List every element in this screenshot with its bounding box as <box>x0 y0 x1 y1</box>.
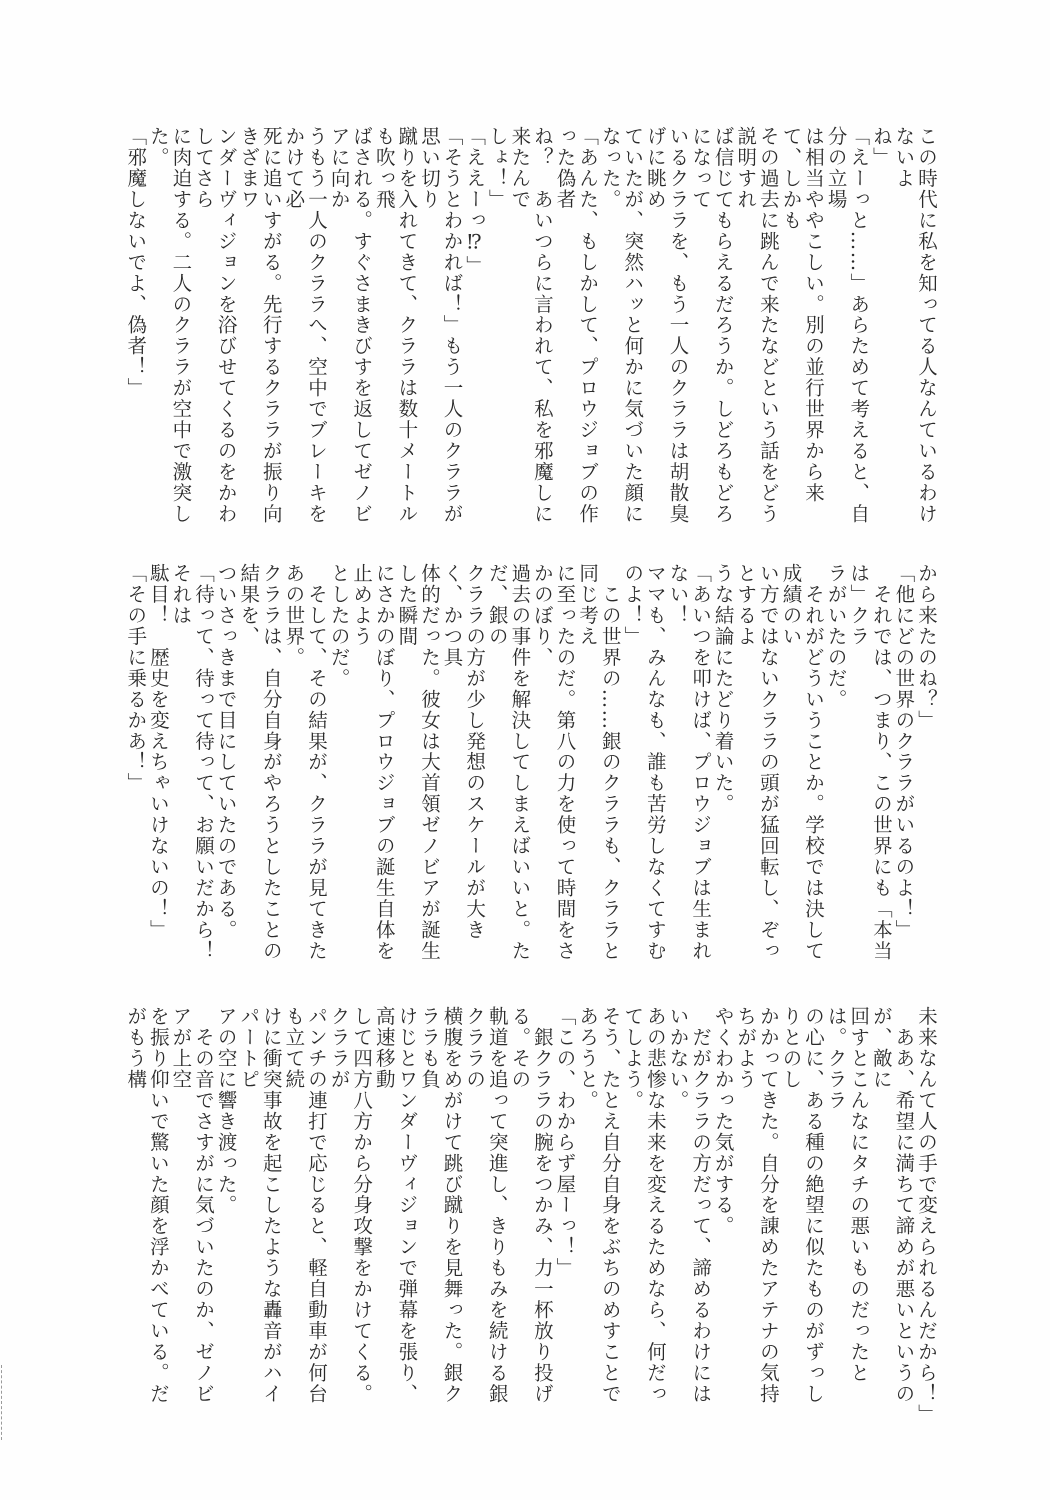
text-column: やくわかった気がする。 <box>711 1006 734 1416</box>
text-column: そう、たとえ自分自身をぶちのめすことであろうと。 <box>576 1006 621 1416</box>
text-column: 「待って、待って待って、お願いだから！ それは <box>169 563 214 973</box>
text-column: 回すとこんなにタチの悪いものだったとは。クララ <box>824 1006 869 1416</box>
scan-edge-artifact <box>1 1365 3 1440</box>
text-column: 体的だった。彼女は大首領ゼノビアが誕生した瞬間 <box>395 563 440 973</box>
text-column: ばされる。すぐさまきびすを返してゼノビアに向か <box>327 126 372 536</box>
text-column: 銀クララの腕をつかみ、力一杯放り投げる。その <box>508 1006 553 1416</box>
text-column: いるクララを、もう一人のクララは胡散臭げに眺め <box>643 126 688 536</box>
book-page: この時代に私を知ってる人なんているわけないよね」「えーっと……」あらためて考える… <box>0 0 1050 1500</box>
text-column: としたのだ。 <box>327 563 350 973</box>
text-column: 「邪魔しないでよ、偽者！」 <box>127 126 146 536</box>
text-column: 「あいつを叩けば、プロウジョブは生まれない！ <box>666 563 711 973</box>
text-column: あの悲惨な未来を変えるためなら、何だってしよう。 <box>621 1006 666 1416</box>
text-column: この時代に私を知ってる人なんているわけないよ <box>892 126 937 536</box>
text-column: かかってきた。自分を諌めたアテナの気持ちがよう <box>734 1006 779 1416</box>
text-column: 「あんた、もしかして、プロウジョブの作った偽者 <box>553 126 598 536</box>
text-column: ね？ あいつらに言われて、私を邪魔しに来たんで <box>508 126 553 536</box>
text-column: から来たのね？」 <box>914 563 937 973</box>
text-column: 軌道を追って突進し、きりもみを続ける銀クララの <box>463 1006 508 1416</box>
text-column: ね」 <box>869 126 892 536</box>
text-column: 「この、わからず屋ーっ！」 <box>553 1006 576 1416</box>
text-column: ああ、希望に満ちて諦めが悪いというのが、敵に <box>869 1006 914 1416</box>
text-column: この世界の……銀のクララも、クララと同じ考え <box>576 563 621 973</box>
text-column: 死に追いすがる。先行するクララが振り向きざまワ <box>237 126 282 536</box>
text-block-top: この時代に私を知ってる人なんているわけないよね」「えーっと……」あらためて考える… <box>127 126 937 536</box>
text-column: 駄目！ 歴史を変えちゃいけないの！」 <box>146 563 169 973</box>
text-column: アの空に響き渡った。 <box>214 1006 237 1416</box>
text-column: して四方八方から分身攻撃をかけてくる。クララが <box>327 1006 372 1416</box>
text-column: 「その手に乗るかあ！」 <box>127 563 146 973</box>
text-column: 蹴りを入れてきて、クララは数十メートルも吹っ飛 <box>372 126 417 536</box>
text-column: 過去の事件を解決してしまえばいいと。ただ、銀の <box>485 563 530 973</box>
text-column: 未来なんて人の手で変えられるんだから！」 <box>914 1006 937 1416</box>
text-column: ば信じてもらえるだろうか。しどろもどろになって <box>688 126 733 536</box>
text-column: クララは、自分自身がやろうとしたことの結果を、 <box>237 563 282 973</box>
text-block-bottom: 未来なんて人の手で変えられるんだから！」 ああ、希望に満ちて諦めが悪いというのが… <box>127 1006 937 1416</box>
text-column: ラがいたのだ。 <box>824 563 847 973</box>
text-column: 「えーっと……」あらためて考えると、自分の立場 <box>824 126 869 536</box>
text-column: ママも、みんなも、誰も苦労しなくてすむのよ！」 <box>621 563 666 973</box>
text-column: の心に、ある種の絶望に似たものがずっしりとのし <box>779 1006 824 1416</box>
text-column: それがどういうことか。学校では決して成績のい <box>779 563 824 973</box>
text-column: 「そうとわかれば！」もう一人のクララが思い切り <box>417 126 462 536</box>
text-column: しょ！」 <box>485 126 508 536</box>
text-column: けじとワンダーヴィジョンで弾幕を張り、高速移動 <box>372 1006 417 1416</box>
text-column: それでは、つまり、この世界にも「本当は」クラ <box>847 563 892 973</box>
text-column: にさかのぼり、プロウジョブの誕生自体を止めよう <box>350 563 395 973</box>
text-column: に肉迫する。二人のクララが空中で激突した。 <box>146 126 191 536</box>
text-column: を振り仰いで驚いた顔を浮かべている。だがもう構 <box>127 1006 169 1416</box>
text-column: に至ったのだ。第八の力を使って時間をさかのぼり、 <box>530 563 575 973</box>
text-block-middle: から来たのね？」「他にどの世界のクララがいるのよ！」 それでは、つまり、この世界… <box>127 563 937 973</box>
text-column: 「ええーっ⁉」 <box>463 126 486 536</box>
text-column: い方ではないクララの頭が猛回転し、ぞっとするよ <box>734 563 779 973</box>
text-column: 横腹をめがけて跳び蹴りを見舞った。銀クララも負 <box>417 1006 462 1416</box>
text-column: その過去に跳んで来たなどという話をどう説明すれ <box>734 126 779 536</box>
text-column: ンダーヴィジョンを浴びせてくるのをかわしてさら <box>191 126 236 536</box>
text-column: うもう一人のクララへ、空中でブレーキをかけて必 <box>282 126 327 536</box>
text-column: 「他にどの世界のクララがいるのよ！」 <box>892 563 915 973</box>
text-column: クララの方が少し発想のスケールが大きく、かつ具 <box>440 563 485 973</box>
text-column: だがクララの方だって、諦めるわけにはいかない。 <box>666 1006 711 1416</box>
text-column: そして、その結果が、クララが見てきたあの世界。 <box>282 563 327 973</box>
text-column: パンチの連打で応じると、軽自動車が何台も立て続 <box>282 1006 327 1416</box>
text-column: うな結論にたどり着いた。 <box>711 563 734 973</box>
text-column: ていたが、突然ハッと何かに気づいた顔になった。 <box>598 126 643 536</box>
text-column: その音でさすがに気づいたのか、ゼノビアが上空 <box>169 1006 214 1416</box>
text-column: は相当ややこしい。別の並行世界から来て、しかも <box>779 126 824 536</box>
text-column: けに衝突事故を起こしたような轟音がハイパートピ <box>237 1006 282 1416</box>
text-column: ついさっきまで目にしていたのである。 <box>214 563 237 973</box>
